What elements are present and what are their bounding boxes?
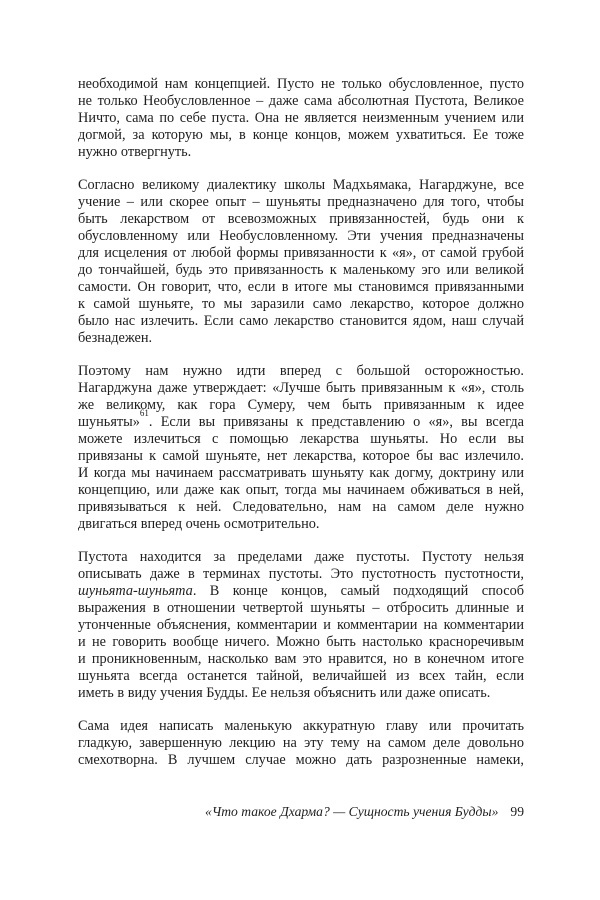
- text-line: привязываться к ней. Следовательно, нам …: [78, 499, 524, 516]
- text-line: описывать даже в терминах пустоты. Это п…: [78, 566, 524, 583]
- paragraph: Поэтому нам нужно идти вперед с большой …: [78, 363, 524, 533]
- text-segment: . В конце концов, самый подходящий спосо…: [193, 583, 524, 599]
- text-line: Нагарджуна даже утверждает: «Лучше быть …: [78, 380, 524, 397]
- text-line: до тончайшей, будь это привязанность к м…: [78, 262, 524, 279]
- text-line: можете излечиться с помощью лекарства шу…: [78, 431, 524, 448]
- text-line: Согласно великому диалектику школы Мадхь…: [78, 177, 524, 194]
- text-line: и проникновенным, насколько вам это нрав…: [78, 651, 524, 668]
- text-segment: шуньяты»: [78, 414, 140, 430]
- text-line: догмой, за которую мы, в конце концов, м…: [78, 127, 524, 144]
- text-line: Поэтому нам нужно идти вперед с большой …: [78, 363, 524, 380]
- text-line: гладкую, завершенную лекцию на эту тему …: [78, 735, 524, 752]
- text-line: шуньята-шуньята. В конце концов, самый п…: [78, 583, 524, 600]
- text-line: выражения в отношении четвертой шуньяты …: [78, 600, 524, 617]
- text-line: И когда мы начинаем рассматривать шуньят…: [78, 465, 524, 482]
- page-footer: «Что такое Дхарма? — Сущность учения Буд…: [78, 803, 524, 820]
- text-line: смехотворна. В лучшем случае можно дать …: [78, 752, 524, 769]
- text-line: иметь в виду учения Будды. Ее нельзя объ…: [78, 685, 524, 702]
- paragraph: Сама идея написать маленькую аккуратную …: [78, 718, 524, 769]
- text-line: концепцию, или даже как опыт, тогда мы н…: [78, 482, 524, 499]
- paragraph: Согласно великому диалектику школы Мадхь…: [78, 177, 524, 347]
- paragraph: Пустота находится за пределами даже пуст…: [78, 549, 524, 702]
- text-line: и не говорить вообще ничего. Можно быть …: [78, 634, 524, 651]
- text-line: самости. Он говорит, что, если в итоге м…: [78, 279, 524, 296]
- text-line: нужно отвергнуть.: [78, 144, 524, 161]
- text-line: для исцеления от любой формы привязаннос…: [78, 245, 524, 262]
- text-line: безнадежен.: [78, 330, 524, 347]
- text-line: привязаны к самой шуньяте, нет лекарства…: [78, 448, 524, 465]
- footnote-ref: 61: [140, 408, 149, 418]
- book-page: необходимой нам концепцией. Пусто не тол…: [0, 0, 600, 900]
- text-line: к самой шуньяте, то мы заразили само лек…: [78, 296, 524, 313]
- text-line: быть лекарством от всевозможных привязан…: [78, 211, 524, 228]
- running-title: «Что такое Дхарма? — Сущность учения Буд…: [205, 803, 498, 820]
- text-block: необходимой нам концепцией. Пусто не тол…: [78, 76, 524, 769]
- text-line: необходимой нам концепцией. Пусто не тол…: [78, 76, 524, 93]
- text-line: было нас излечить. Если само лекарство с…: [78, 313, 524, 330]
- text-line: шуньята всегда останется тайной, величай…: [78, 668, 524, 685]
- text-line: учение – или скорее опыт – шуньяты предн…: [78, 194, 524, 211]
- text-line: обусловленному или Необусловленному. Эти…: [78, 228, 524, 245]
- emphasized-text: шуньята-шуньята: [78, 583, 193, 599]
- text-line: шуньяты»61. Если вы привязаны к представ…: [78, 414, 524, 431]
- text-line: Ничто, сама по себе пуста. Она не являет…: [78, 110, 524, 127]
- text-line: утонченные объяснения, комментарии и ком…: [78, 617, 524, 634]
- text-line: двигаться вперед очень осмотрительно.: [78, 516, 524, 533]
- text-line: Пустота находится за пределами даже пуст…: [78, 549, 524, 566]
- text-segment: . Если вы привязаны к представлению о «я…: [149, 414, 524, 430]
- text-line: Сама идея написать маленькую аккуратную …: [78, 718, 524, 735]
- text-line: не только Необусловленное – даже сама аб…: [78, 93, 524, 110]
- paragraph: необходимой нам концепцией. Пусто не тол…: [78, 76, 524, 161]
- page-number: 99: [510, 803, 524, 820]
